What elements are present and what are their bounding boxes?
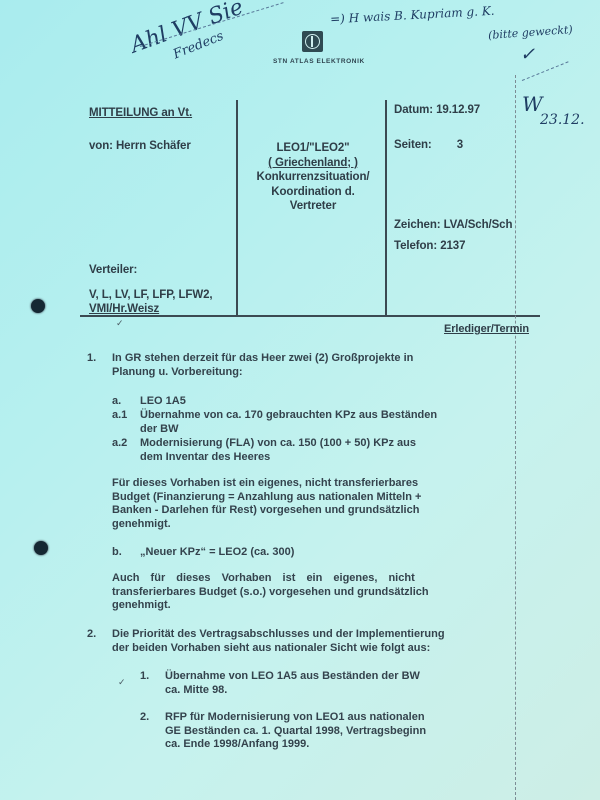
priority-1-number: 1.	[140, 670, 149, 684]
memo-from: von: Herrn Schäfer	[89, 140, 191, 152]
section-1-number: 1.	[87, 352, 96, 366]
priority-1-line: Übernahme von LEO 1A5 aus Beständen der …	[165, 670, 420, 684]
subject-line-1: LEO1/"LEO2"	[238, 141, 388, 156]
section-2-line: Die Priorität des Vertragsabschlusses un…	[112, 628, 445, 642]
subject-line-5: Vertreter	[238, 199, 388, 214]
handwritten-check: ✓	[520, 44, 535, 65]
atlas-elektronik-logo-icon	[302, 31, 323, 52]
budget-2-line: transferierbares Budget (s.o.) vorgesehe…	[112, 586, 464, 600]
distribution-label: Verteiler:	[89, 264, 137, 276]
company-name: STN ATLAS ELEKTRONIK	[273, 58, 365, 65]
item-a-label: a.	[112, 395, 121, 409]
item-a2-line: Modernisierung (FLA) von ca. 150 (100 + …	[140, 437, 416, 451]
priority-2-line: RFP für Modernisierung von LEO1 aus nati…	[165, 711, 426, 725]
handwritten-date: 23.12.	[540, 112, 585, 128]
budget-1-line: Budget (Finanzierung = Anzahlung aus nat…	[112, 491, 464, 505]
tick-mark: ✓	[116, 318, 124, 329]
phone-value: 2137	[440, 240, 465, 252]
priority-2-line: GE Beständen ca. 1. Quartal 1998, Vertra…	[165, 725, 426, 739]
subject-line-3: Konkurrenzsituation/	[238, 170, 388, 185]
done-by-deadline-label: Erlediger/Termin	[444, 323, 529, 335]
handwritten-note-top-right: =) H wais B. Kupriam g. K.	[330, 4, 495, 27]
item-a2-line: dem Inventar des Heeres	[140, 451, 416, 465]
handwritten-note-request: (bitte geweckt)	[488, 23, 573, 42]
priority-1-text: Übernahme von LEO 1A5 aus Beständen der …	[165, 670, 420, 697]
item-a-text: LEO 1A5	[140, 395, 186, 409]
item-a1-line: Übernahme von ca. 170 gebrauchten KPz au…	[140, 409, 437, 423]
priority-1-line: ca. Mitte 98.	[165, 684, 420, 698]
punch-hole-top	[31, 299, 45, 313]
priority-2-number: 2.	[140, 711, 149, 725]
date-label: Datum:	[394, 104, 433, 116]
phone-field: Telefon: 2137	[394, 240, 465, 252]
pages-value: 3	[457, 139, 463, 151]
distribution-list-cont: VMI/Hr.Weisz	[89, 303, 159, 315]
date-field: Datum: 19.12.97	[394, 104, 480, 116]
scanned-memo-page: Ahl VV Sie Fredecs =) H wais B. Kupriam …	[0, 0, 600, 800]
subject-line-4: Koordination d.	[238, 185, 388, 200]
item-a2-text: Modernisierung (FLA) von ca. 150 (100 + …	[140, 437, 416, 464]
budget-2-line: Auch für dieses Vorhaben ist ein eigenes…	[112, 572, 464, 586]
section-2-line: der beiden Vorhaben sieht aus nationaler…	[112, 642, 445, 656]
budget-2-line: genehmigt.	[112, 599, 464, 613]
memo-subject: LEO1/"LEO2" ( Griechenland; ) Konkurrenz…	[238, 141, 388, 214]
budget-1-line: Für dieses Vorhaben ist ein eigenes, nic…	[112, 477, 464, 491]
reference-label: Zeichen:	[394, 219, 441, 231]
item-b-text: „Neuer KPz“ = LEO2 (ca. 300)	[140, 546, 294, 560]
budget-paragraph-1: Für dieses Vorhaben ist ein eigenes, nic…	[112, 477, 464, 531]
item-a1-text: Übernahme von ca. 170 gebrauchten KPz au…	[140, 409, 437, 436]
section-1-intro: In GR stehen derzeit für das Heer zwei (…	[112, 352, 413, 379]
punch-hole-bottom	[34, 541, 48, 555]
priority-1-tick: ✓	[118, 677, 126, 688]
section-2-number: 2.	[87, 628, 96, 642]
reference-field: Zeichen: LVA/Sch/Sch	[394, 219, 512, 231]
date-value: 19.12.97	[436, 104, 480, 116]
subject-line-2: ( Griechenland; )	[238, 156, 388, 171]
reference-value: LVA/Sch/Sch	[444, 219, 513, 231]
budget-1-line: genehmigt.	[112, 518, 464, 532]
item-a1-label: a.1	[112, 409, 127, 423]
section-1-line: Planung u. Vorbereitung:	[112, 366, 413, 380]
budget-1-line: Banken - Darlehen für Rest) vorgesehen u…	[112, 504, 464, 518]
item-a1-line: der BW	[140, 423, 437, 437]
priority-2-text: RFP für Modernisierung von LEO1 aus nati…	[165, 711, 426, 752]
priority-2-line: ca. Ende 1998/Anfang 1999.	[165, 738, 426, 752]
section-1-line: In GR stehen derzeit für das Heer zwei (…	[112, 352, 413, 366]
distribution-list: V, L, LV, LF, LFP, LFW2,	[89, 289, 212, 301]
pages-label: Seiten:	[394, 139, 432, 151]
item-a2-label: a.2	[112, 437, 127, 451]
header-bottom-rule	[80, 315, 540, 317]
item-b-label: b.	[112, 546, 122, 560]
memo-title: MITTEILUNG an Vt.	[89, 107, 192, 119]
budget-paragraph-2: Auch für dieses Vorhaben ist ein eigenes…	[112, 572, 464, 613]
section-2-intro: Die Priorität des Vertragsabschlusses un…	[112, 628, 445, 655]
margin-guide-line	[515, 75, 516, 800]
pages-field: Seiten: 3	[394, 139, 463, 151]
phone-label: Telefon:	[394, 240, 437, 252]
